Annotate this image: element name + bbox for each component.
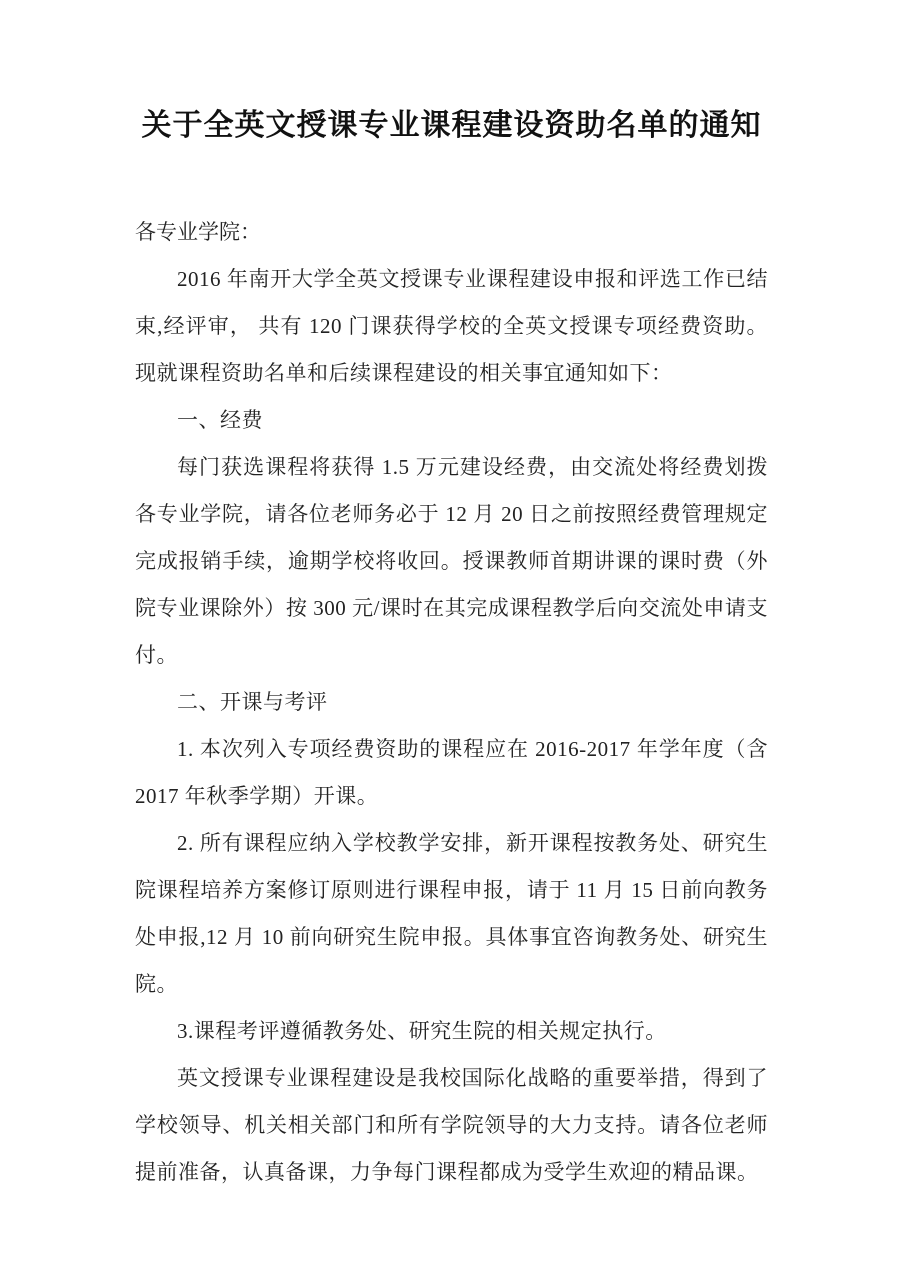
document-content: 关于全英文授课专业课程建设资助名单的通知 各专业学院： 2016 年南开大学全英… xyxy=(135,103,768,1196)
document-page: 关于全英文授课专业课程建设资助名单的通知 各专业学院： 2016 年南开大学全英… xyxy=(0,0,900,1272)
paragraph-item-1: 1. 本次列入专项经费资助的课程应在 2016-2017 年学年度（含 2017… xyxy=(135,726,768,820)
notice-title: 关于全英文授课专业课程建设资助名单的通知 xyxy=(135,103,768,149)
paragraph-closing: 英文授课专业课程建设是我校国际化战略的重要举措，得到了学校领导、机关相关部门和所… xyxy=(135,1055,768,1196)
paragraph-item-2: 2. 所有课程应纳入学校教学安排，新开课程按教务处、研究生院课程培养方案修订原则… xyxy=(135,820,768,1008)
section-heading-funds: 一、经费 xyxy=(135,397,768,444)
paragraph-funds-detail: 每门获选课程将获得 1.5 万元建设经费，由交流处将经费划拨各专业学院，请各位老… xyxy=(135,444,768,679)
salutation: 各专业学院： xyxy=(135,209,768,256)
paragraph-intro: 2016 年南开大学全英文授课专业课程建设申报和评选工作已结束,经评审， 共有 … xyxy=(135,256,768,397)
section-heading-course-evaluation: 二、开课与考评 xyxy=(135,679,768,726)
paragraph-item-3: 3.课程考评遵循教务处、研究生院的相关规定执行。 xyxy=(135,1008,768,1055)
